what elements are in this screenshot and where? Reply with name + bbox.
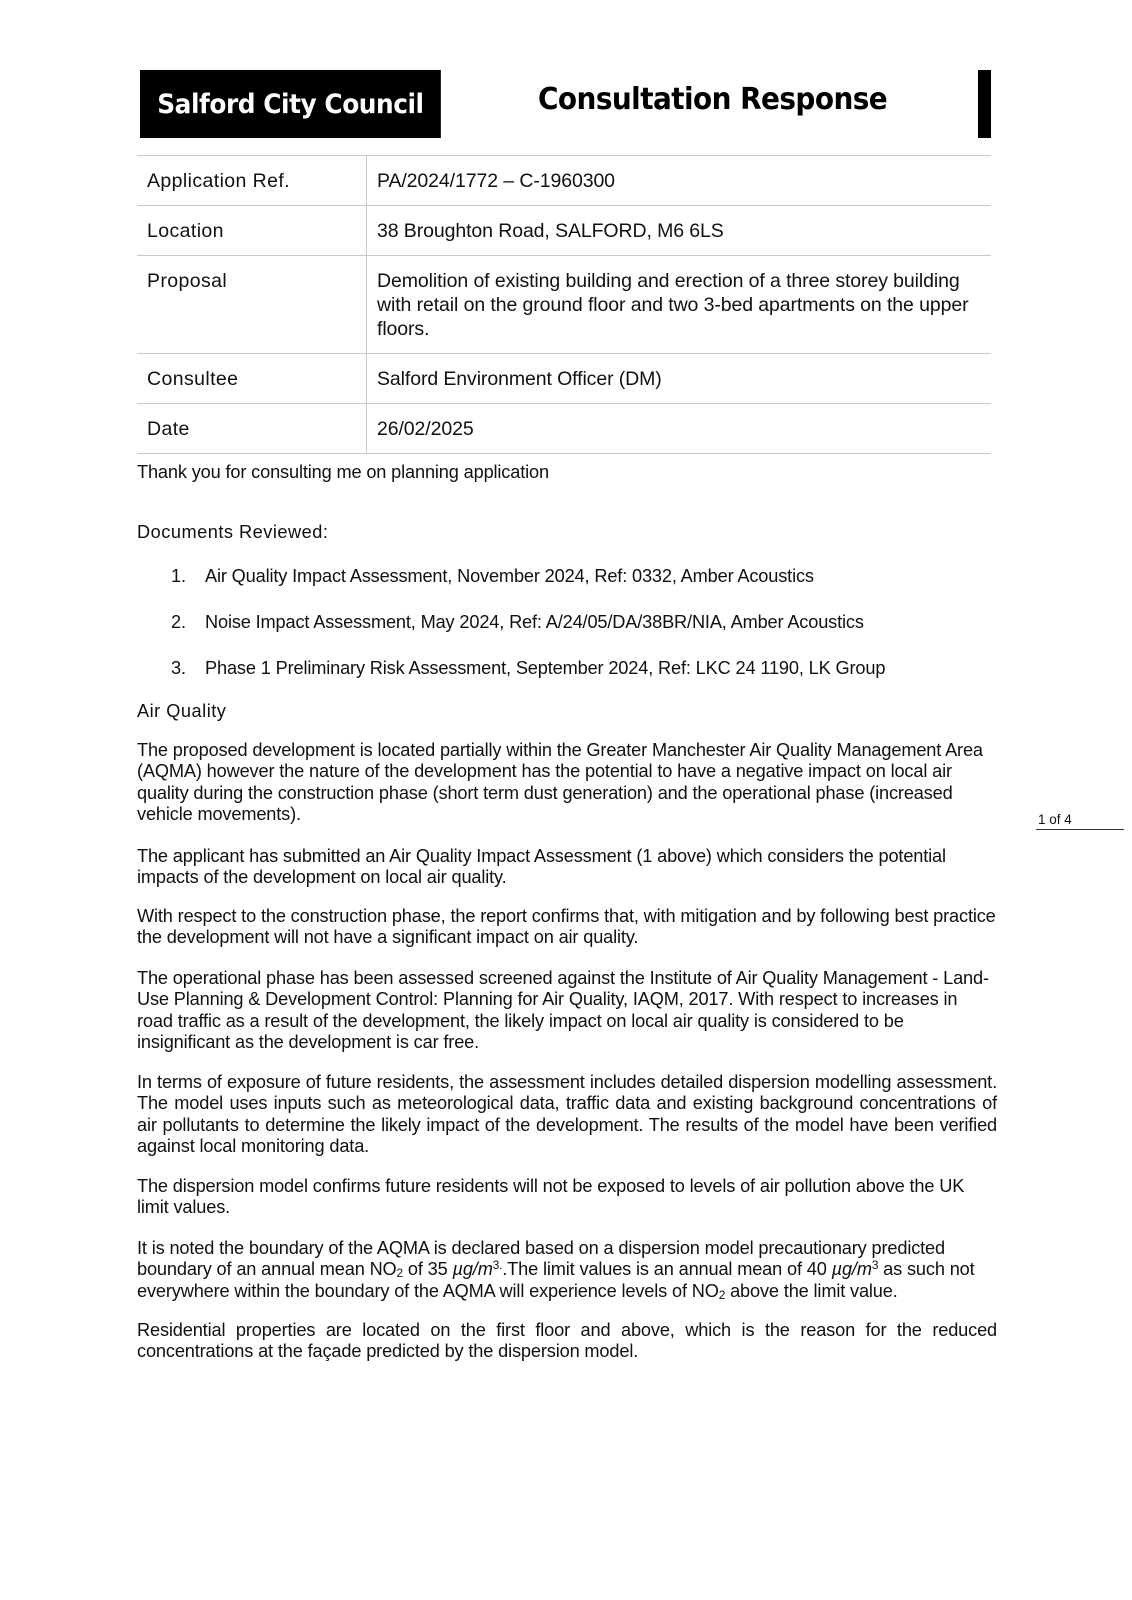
document-title: Phase 1 Preliminary Risk Assessment, Sep…	[205, 658, 885, 678]
list-number: 3.	[171, 658, 186, 679]
aqma-paragraph: It is noted the boundary of the AQMA is …	[137, 1238, 997, 1302]
table-row: Consultee Salford Environment Officer (D…	[137, 354, 991, 404]
list-number: 1.	[171, 566, 186, 587]
application-info-table: Application Ref. PA/2024/1772 – C-196030…	[137, 155, 991, 454]
paragraph: In terms of exposure of future residents…	[137, 1072, 997, 1157]
document-title: Air Quality Impact Assessment, November …	[205, 566, 814, 586]
unit: µg/m	[832, 1259, 872, 1279]
list-item: 2.Noise Impact Assessment, May 2024, Ref…	[137, 612, 885, 658]
value-consultee: Salford Environment Officer (DM)	[367, 354, 992, 404]
label-application-ref: Application Ref.	[137, 156, 367, 206]
label-proposal: Proposal	[137, 256, 367, 354]
header-bar-decoration	[978, 70, 991, 138]
document-title: Noise Impact Assessment, May 2024, Ref: …	[205, 612, 864, 632]
table-row: Proposal Demolition of existing building…	[137, 256, 991, 354]
page-indicator: 1 of 4	[1036, 812, 1124, 830]
value-application-ref: PA/2024/1772 – C-1960300	[367, 156, 992, 206]
table-row: Date 26/02/2025	[137, 404, 991, 454]
council-logo: Salford City Council	[140, 70, 441, 138]
paragraph: Residential properties are located on th…	[137, 1320, 997, 1363]
air-quality-heading: Air Quality	[137, 701, 226, 722]
value-proposal: Demolition of existing building and erec…	[367, 256, 992, 354]
list-item: 3.Phase 1 Preliminary Risk Assessment, S…	[137, 658, 885, 704]
text-run: .The limit values is an annual mean of 4…	[502, 1259, 831, 1279]
label-date: Date	[137, 404, 367, 454]
paragraph: The operational phase has been assessed …	[137, 968, 997, 1053]
unit: µg/m	[453, 1259, 493, 1279]
label-consultee: Consultee	[137, 354, 367, 404]
value-date: 26/02/2025	[367, 404, 992, 454]
list-item: 1.Air Quality Impact Assessment, Novembe…	[137, 566, 885, 612]
paragraph: The proposed development is located part…	[137, 740, 997, 825]
table-row: Location 38 Broughton Road, SALFORD, M6 …	[137, 206, 991, 256]
value-location: 38 Broughton Road, SALFORD, M6 6LS	[367, 206, 992, 256]
documents-reviewed-heading: Documents Reviewed:	[137, 522, 328, 543]
table-row: Application Ref. PA/2024/1772 – C-196030…	[137, 156, 991, 206]
intro-text: Thank you for consulting me on planning …	[137, 462, 997, 483]
text-run: above the limit value.	[725, 1281, 897, 1301]
superscript: 3.	[493, 1258, 503, 1272]
document-title: Consultation Response	[538, 82, 887, 117]
paragraph: With respect to the construction phase, …	[137, 906, 997, 949]
documents-list: 1.Air Quality Impact Assessment, Novembe…	[137, 566, 885, 704]
paragraph: The applicant has submitted an Air Quali…	[137, 846, 997, 889]
label-location: Location	[137, 206, 367, 256]
list-number: 2.	[171, 612, 186, 633]
paragraph: The dispersion model confirms future res…	[137, 1176, 997, 1219]
text-run: of 35	[403, 1259, 453, 1279]
